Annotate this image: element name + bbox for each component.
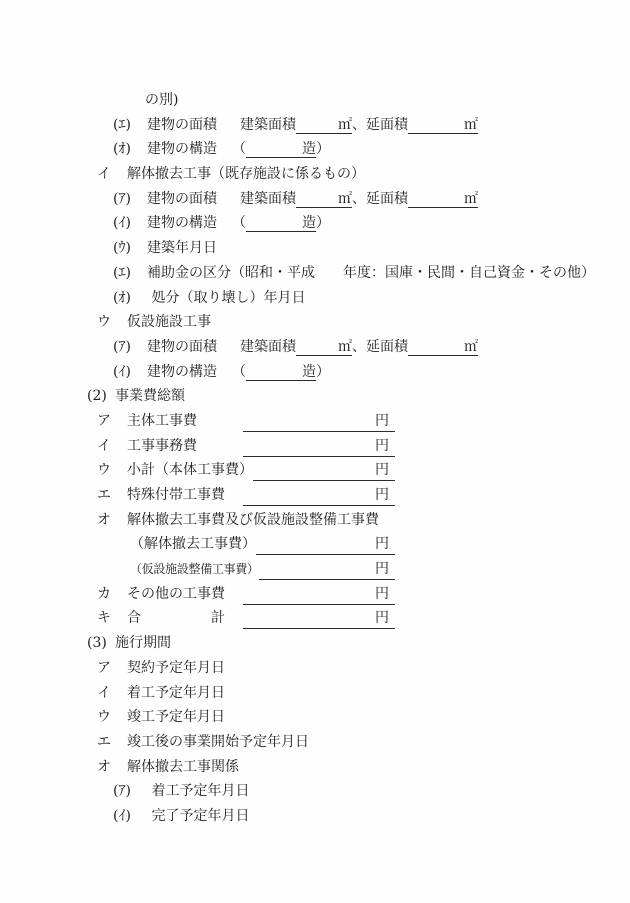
field-label: その他の工事費 <box>127 585 243 604</box>
separator-text: 、 <box>352 191 366 207</box>
doc-line: (ｱ)建物の面積建築面積 ㎡、延面積 ㎡ <box>0 335 630 360</box>
open-paren: （ <box>232 364 246 380</box>
doc-line: ウ仮設施設工事 <box>0 310 630 335</box>
line-text: 着工予定年月日 <box>127 685 225 701</box>
cost-row: 主体工事費円 <box>127 412 395 432</box>
doc-line: (ｴ)建物の面積建築面積 ㎡、延面積 ㎡ <box>0 113 630 138</box>
field-label: 延面積 <box>366 191 408 207</box>
field-label: 特殊付帯工事費 <box>127 486 243 505</box>
doc-line: （仮設施設整備工事費）円 <box>0 557 630 582</box>
unit-yen: 円 <box>375 487 389 503</box>
cost-row: （解体撤去工事費）円 <box>130 535 395 555</box>
fill-in-blank-amount: 円 <box>243 437 395 457</box>
line-marker: (ｲ) <box>113 211 147 236</box>
line-text: 完了予定年月日 <box>147 808 249 824</box>
line-marker: (ｴ) <box>113 261 147 286</box>
line-marker: (2) <box>87 384 115 409</box>
line-marker: (ｵ) <box>113 137 147 162</box>
line-marker: (ｳ) <box>113 236 147 261</box>
line-marker: ウ <box>97 310 127 335</box>
doc-line: イ着工予定年月日 <box>0 681 630 706</box>
doc-line: の別) <box>0 88 630 113</box>
cost-row: 工事事務費円 <box>127 437 395 457</box>
field-label: 建物の面積 <box>147 335 240 360</box>
doc-line: カその他の工事費円 <box>0 582 630 607</box>
fill-in-blank-m2: ㎡ <box>408 191 478 208</box>
field-label: 延面積 <box>366 117 408 133</box>
line-text: 契約予定年月日 <box>127 660 225 676</box>
line-marker: (3) <box>87 631 115 656</box>
line-marker: イ <box>97 434 127 459</box>
field-label: 建築面積 <box>240 339 296 355</box>
cost-row: 小計（本体工事費）円 <box>127 461 395 481</box>
fill-in-blank-amount: 円 <box>243 412 395 432</box>
line-text: 建築年月日 <box>147 240 217 256</box>
line-marker: イ <box>97 162 127 187</box>
field-label: 延面積 <box>366 339 408 355</box>
doc-line: (ｲ)建物の構造（ 造） <box>0 360 630 385</box>
unit-yen: 円 <box>375 438 389 454</box>
unit-yen: 円 <box>375 413 389 429</box>
doc-line: (ｵ) 処分（取り壊し）年月日 <box>0 286 630 311</box>
line-text: 竣工後の事業開始予定年月日 <box>127 734 309 750</box>
line-marker: エ <box>97 483 127 508</box>
field-label: 建物の構造 <box>147 360 232 385</box>
field-label: 建築面積 <box>240 117 296 133</box>
fill-in-blank-m2: ㎡ <box>296 117 352 134</box>
doc-line: (3)施行期間 <box>0 631 630 656</box>
unit-yen: 円 <box>375 462 389 478</box>
field-label: （仮設施設整備工事費） <box>130 560 259 579</box>
line-marker: (ｱ) <box>113 335 147 360</box>
fill-in-blank-m2: ㎡ <box>296 339 352 356</box>
line-marker: イ <box>97 681 127 706</box>
fill-in-blank-amount: 円 <box>256 535 395 555</box>
line-text: 解体撤去工事（既存施設に係るもの） <box>127 166 365 182</box>
line-marker: カ <box>97 582 127 607</box>
fill-in-blank-amount: 円 <box>259 560 395 580</box>
separator-text: 、 <box>352 339 366 355</box>
fill-in-blank-structure: 造 <box>246 215 316 232</box>
fill-in-blank-m2: ㎡ <box>296 191 352 208</box>
fill-in-blank-structure: 造 <box>246 141 316 158</box>
doc-line: イ工事事務費円 <box>0 434 630 459</box>
document-page: の別)(ｴ)建物の面積建築面積 ㎡、延面積 ㎡(ｵ)建物の構造（ 造）イ解体撤去… <box>0 88 630 829</box>
doc-line: (ｱ)建物の面積建築面積 ㎡、延面積 ㎡ <box>0 187 630 212</box>
line-marker: (ｵ) <box>113 286 147 311</box>
fill-in-blank-amount: 円 <box>243 486 395 506</box>
line-text: 仮設施設工事 <box>127 314 211 330</box>
doc-line: (ｲ) 完了予定年月日 <box>0 804 630 829</box>
doc-line: エ竣工後の事業開始予定年月日 <box>0 730 630 755</box>
line-marker: (ｲ) <box>113 360 147 385</box>
line-marker: (ｴ) <box>113 113 147 138</box>
line-marker: (ｱ) <box>113 187 147 212</box>
doc-line: エ特殊付帯工事費円 <box>0 483 630 508</box>
fill-in-blank-structure: 造 <box>246 364 316 381</box>
line-text: 処分（取り壊し）年月日 <box>147 290 305 306</box>
separator-text: 、 <box>352 117 366 133</box>
line-text: 補助金の区分（昭和・平成 年度：国庫・民間・自己資金・その他） <box>147 265 595 281</box>
field-label: 建物の構造 <box>147 211 232 236</box>
field-label: 工事事務費 <box>127 437 243 456</box>
line-text: 解体撤去工事費及び仮設施設整備工事費 <box>127 512 379 528</box>
line-text: 解体撤去工事関係 <box>127 759 239 775</box>
doc-line: (ｵ)建物の構造（ 造） <box>0 137 630 162</box>
doc-line: (ｱ) 着工予定年月日 <box>0 779 630 804</box>
fill-in-blank-m2: ㎡ <box>408 117 478 134</box>
line-marker: オ <box>97 755 127 780</box>
line-marker: キ <box>97 606 127 631</box>
doc-line: オ解体撤去工事関係 <box>0 755 630 780</box>
unit-yen: 円 <box>375 586 389 602</box>
field-label: 小計（本体工事費） <box>127 461 253 480</box>
doc-line: （解体撤去工事費）円 <box>0 532 630 557</box>
field-label: 建物の面積 <box>147 187 240 212</box>
fill-in-blank-amount: 円 <box>243 585 395 605</box>
line-text: の別) <box>145 92 178 108</box>
doc-line: ウ小計（本体工事費）円 <box>0 458 630 483</box>
unit-yen: 円 <box>375 561 389 577</box>
doc-line: ア契約予定年月日 <box>0 656 630 681</box>
line-marker: ウ <box>97 458 127 483</box>
field-label: 建物の面積 <box>147 113 240 138</box>
doc-line: (ｴ)補助金の区分（昭和・平成 年度：国庫・民間・自己資金・その他） <box>0 261 630 286</box>
doc-line: (ｳ)建築年月日 <box>0 236 630 261</box>
doc-line: キ合 計円 <box>0 606 630 631</box>
cost-row: 合 計円 <box>127 609 395 629</box>
doc-line: (ｲ)建物の構造（ 造） <box>0 211 630 236</box>
close-paren: ） <box>316 141 330 157</box>
unit-yen: 円 <box>375 610 389 626</box>
field-label: 建築面積 <box>240 191 296 207</box>
field-label: 建物の構造 <box>147 137 232 162</box>
doc-line: ウ竣工予定年月日 <box>0 705 630 730</box>
line-text: 竣工予定年月日 <box>127 709 225 725</box>
line-marker: (ｱ) <box>113 779 147 804</box>
line-marker: ウ <box>97 705 127 730</box>
doc-line: イ解体撤去工事（既存施設に係るもの） <box>0 162 630 187</box>
line-marker: ア <box>97 409 127 434</box>
doc-line: ア主体工事費円 <box>0 409 630 434</box>
field-label: 主体工事費 <box>127 412 243 431</box>
open-paren: （ <box>232 215 246 231</box>
cost-row: その他の工事費円 <box>127 585 395 605</box>
line-marker: エ <box>97 730 127 755</box>
fill-in-blank-m2: ㎡ <box>408 339 478 356</box>
field-label: （解体撤去工事費） <box>130 535 256 554</box>
close-paren: ） <box>316 215 330 231</box>
close-paren: ） <box>316 364 330 380</box>
line-marker: ア <box>97 656 127 681</box>
line-marker: (ｲ) <box>113 804 147 829</box>
fill-in-blank-amount: 円 <box>253 461 395 481</box>
unit-yen: 円 <box>375 536 389 552</box>
doc-line: (2)事業費総額 <box>0 384 630 409</box>
cost-row: （仮設施設整備工事費）円 <box>130 560 395 580</box>
doc-line: オ解体撤去工事費及び仮設施設整備工事費 <box>0 508 630 533</box>
line-text: 事業費総額 <box>115 388 185 404</box>
fill-in-blank-amount: 円 <box>243 609 395 629</box>
open-paren: （ <box>232 141 246 157</box>
cost-row: 特殊付帯工事費円 <box>127 486 395 506</box>
line-text: 着工予定年月日 <box>147 783 249 799</box>
line-text: 施行期間 <box>115 635 171 651</box>
line-marker: オ <box>97 508 127 533</box>
field-label: 合 計 <box>127 609 243 628</box>
